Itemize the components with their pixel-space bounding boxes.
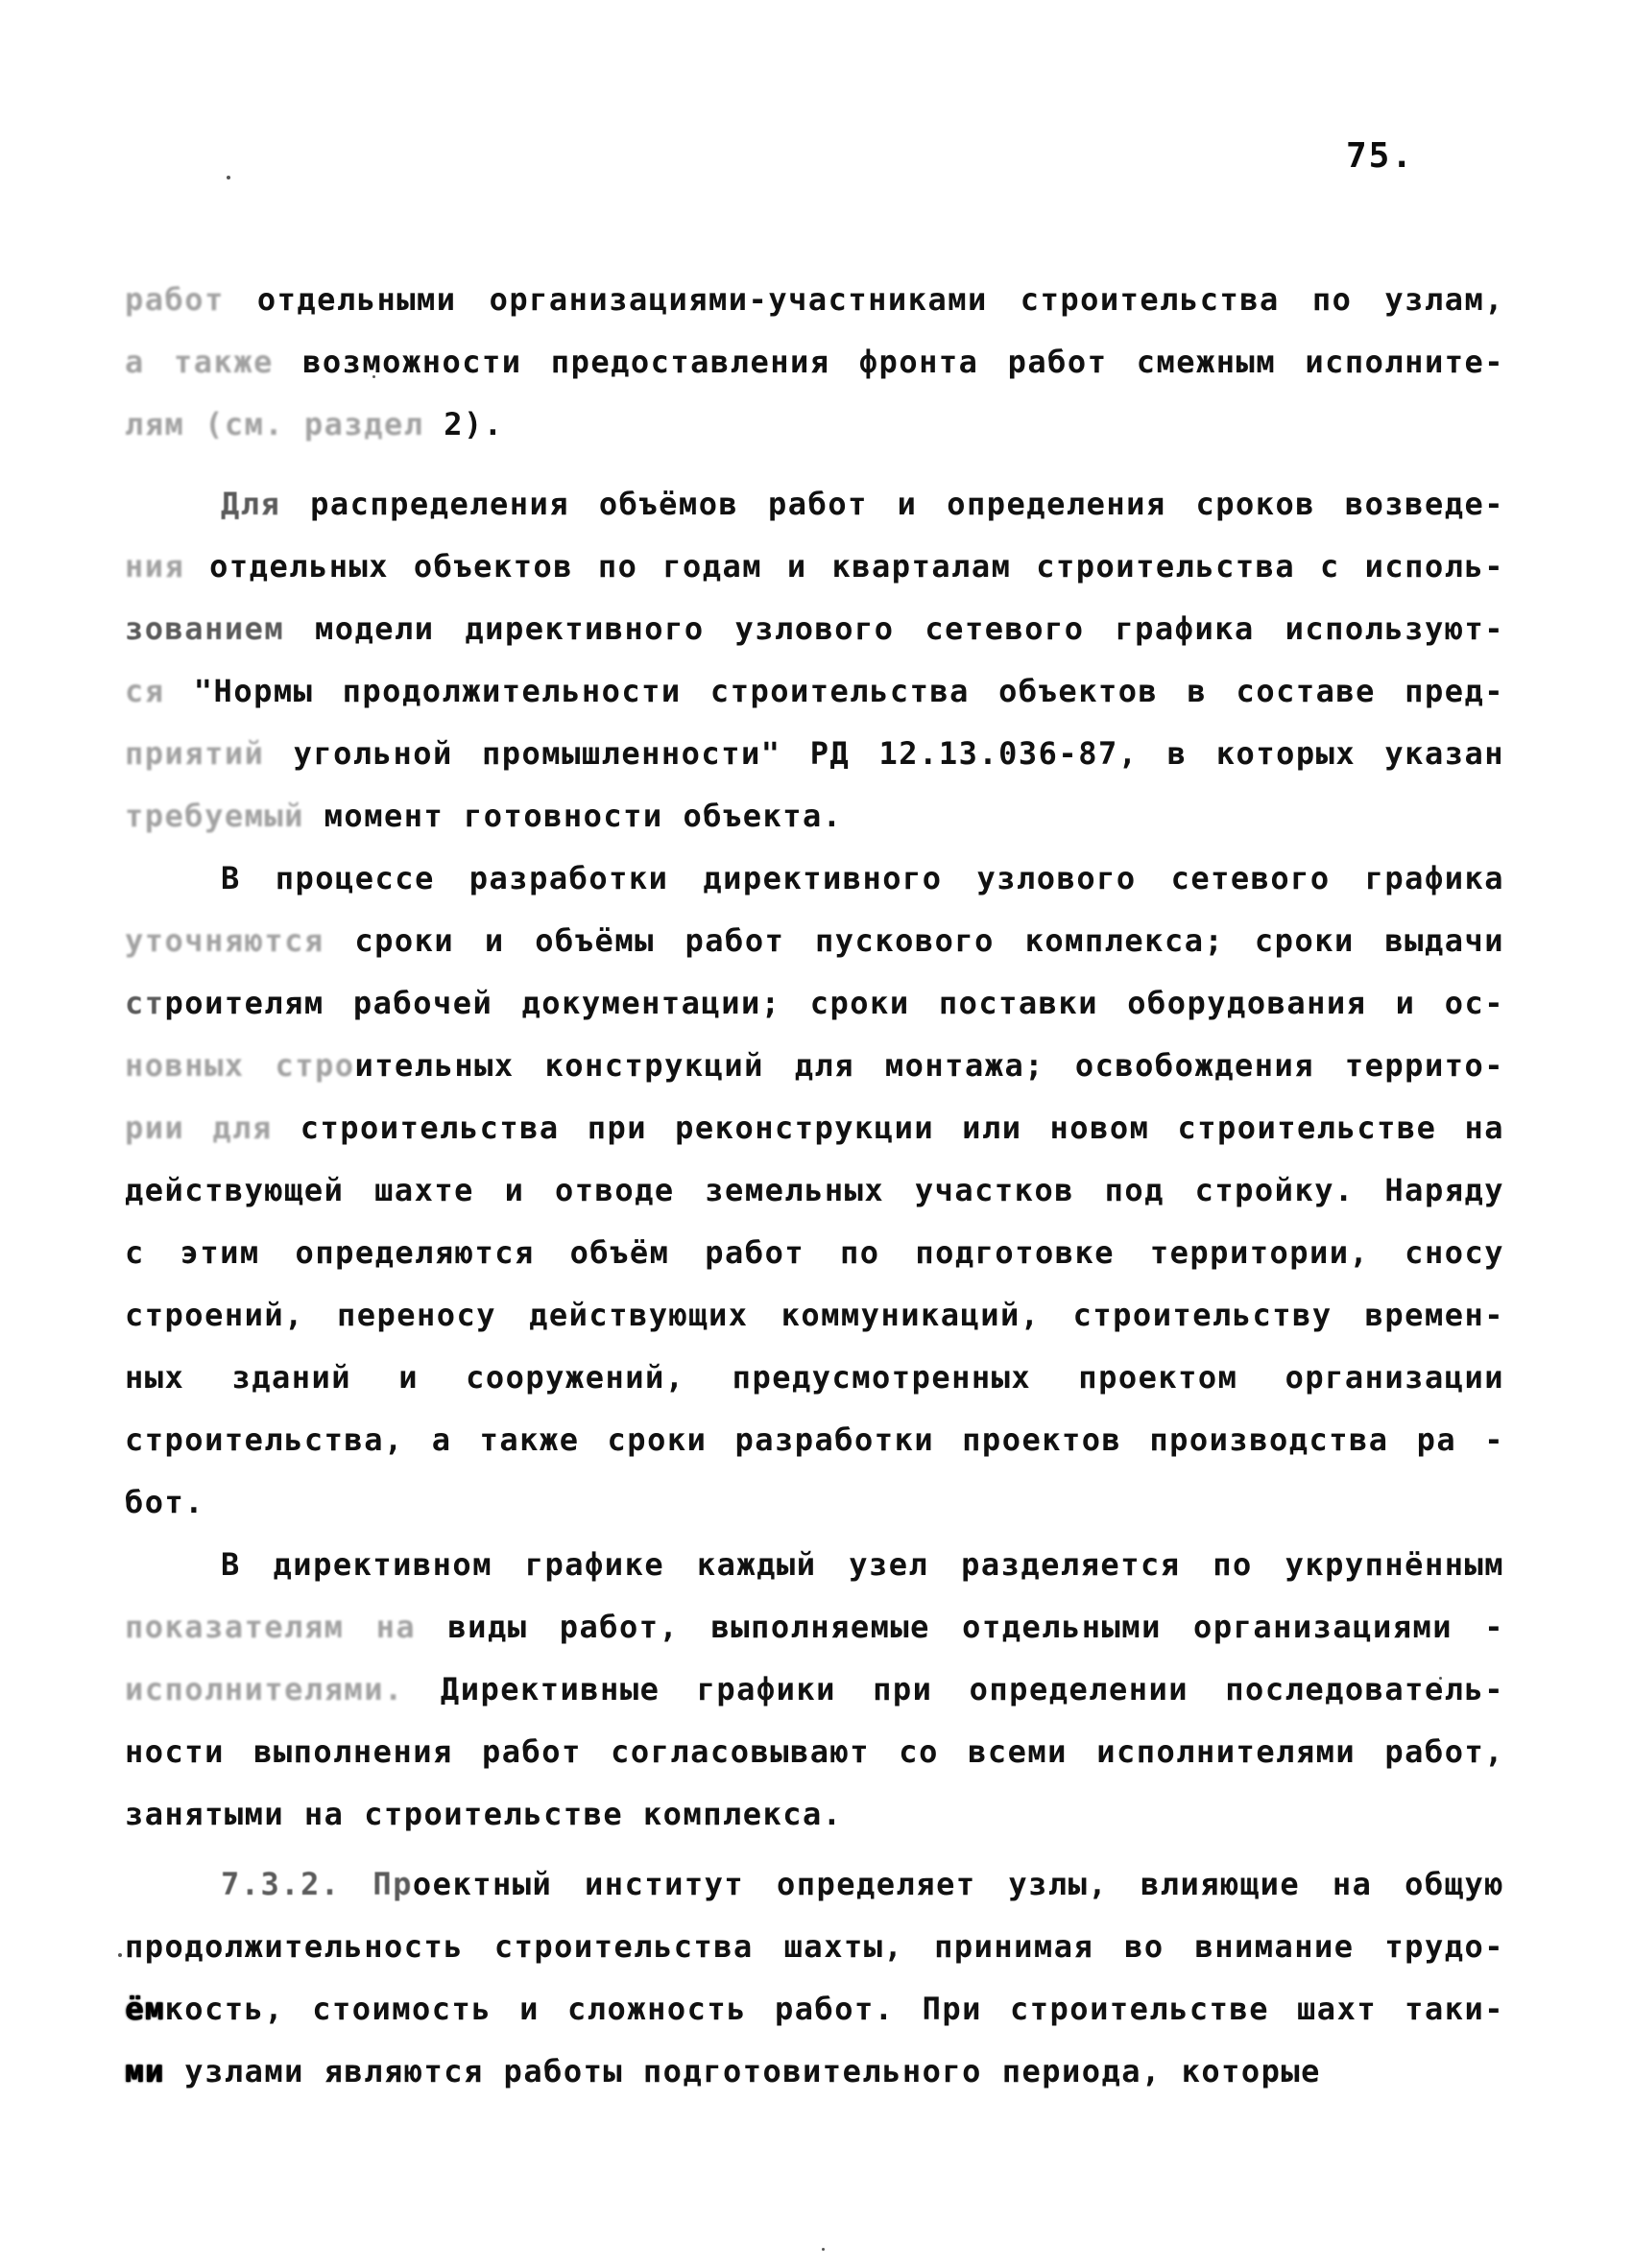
degraded-text: ния [125,548,184,585]
degraded-text: рии для [125,1110,273,1146]
scan-speck [1439,1677,1442,1680]
text-line: продолжительность строительства шахты, п… [125,1916,1504,1978]
page-text: работ отдельными организациями-участника… [125,269,1504,2103]
degraded-text: зованием [125,610,284,647]
degraded-text: лям (см. раздел [125,406,423,442]
text-line: бот. [125,1471,1504,1534]
degraded-text: работ [125,281,225,318]
degraded-text: ся [125,673,165,709]
text-line: строителям рабочей документации; сроки п… [125,972,1504,1035]
text-line: 7.3.2. Проектный институт определяет узл… [125,1853,1504,1916]
degraded-text: 7.3.2. Пр [221,1866,413,1902]
degraded-text: а также [125,344,274,380]
text-line: ния отдельных объектов по годам и кварта… [125,536,1504,598]
text-line: строительства, а также сроки разработки … [125,1409,1504,1471]
text-line: с этим определяются объём работ по подго… [125,1222,1504,1284]
text-line: ми узлами являются работы подготовительн… [125,2041,1504,2103]
text-line: действующей шахте и отводе земельных уча… [125,1159,1504,1222]
text-line: ных зданий и сооружений, предусмотренных… [125,1347,1504,1409]
degraded-text: Для [221,486,280,522]
text-line: зованием модели директивного узлового се… [125,598,1504,660]
text-line: занятыми на строительстве комплекса. [125,1783,1504,1846]
text-line: показателям на виды работ, выполняемые о… [125,1596,1504,1659]
degraded-text: уточняются [125,922,324,959]
degraded-text: показателям на [125,1609,416,1645]
text-line: ности выполнения работ согласовывают со … [125,1721,1504,1783]
scan-speck [372,375,375,378]
text-line: рии для строительства при реконструкции … [125,1097,1504,1159]
degraded-text: новных стро [125,1047,355,1084]
text-line: Для распределения объёмов работ и опреде… [125,473,1504,536]
text-line: исполнителями. Директивные графики при о… [125,1659,1504,1721]
degraded-text: исполнителями. [125,1671,404,1707]
text-line: приятий угольной промышленности" РД 12.1… [125,723,1504,785]
scan-speck [118,1953,122,1957]
text-line: В директивном графике каждый узел раздел… [125,1534,1504,1596]
text-line: строений, переносу действующих коммуника… [125,1284,1504,1347]
degraded-text: ст [125,985,165,1021]
degraded-text: приятий [125,735,264,772]
degraded-text: ём [125,1991,165,2027]
text-line: а также возможности предоставления фронт… [125,331,1504,394]
scanned-page: 75. работ отдельными организациями-участ… [0,0,1633,2268]
text-line: ёмкость, стоимость и сложность работ. Пр… [125,1978,1504,2041]
text-line: работ отдельными организациями-участника… [125,269,1504,331]
scan-speck [227,176,230,179]
text-line: новных строительных конструкций для монт… [125,1035,1504,1097]
degraded-text: ми [125,2053,165,2089]
text-line: уточняются сроки и объёмы работ пусковог… [125,910,1504,972]
text-line: лям (см. раздел 2). [125,394,1504,456]
degraded-text: требуемый [125,798,304,834]
scan-speck [822,2248,825,2251]
text-line: требуемый момент готовности объекта. [125,785,1504,848]
text-line: В процессе разработки директивного узлов… [125,848,1504,910]
text-line: ся "Нормы продолжительности строительств… [125,660,1504,723]
page-number: 75. [1346,136,1414,176]
